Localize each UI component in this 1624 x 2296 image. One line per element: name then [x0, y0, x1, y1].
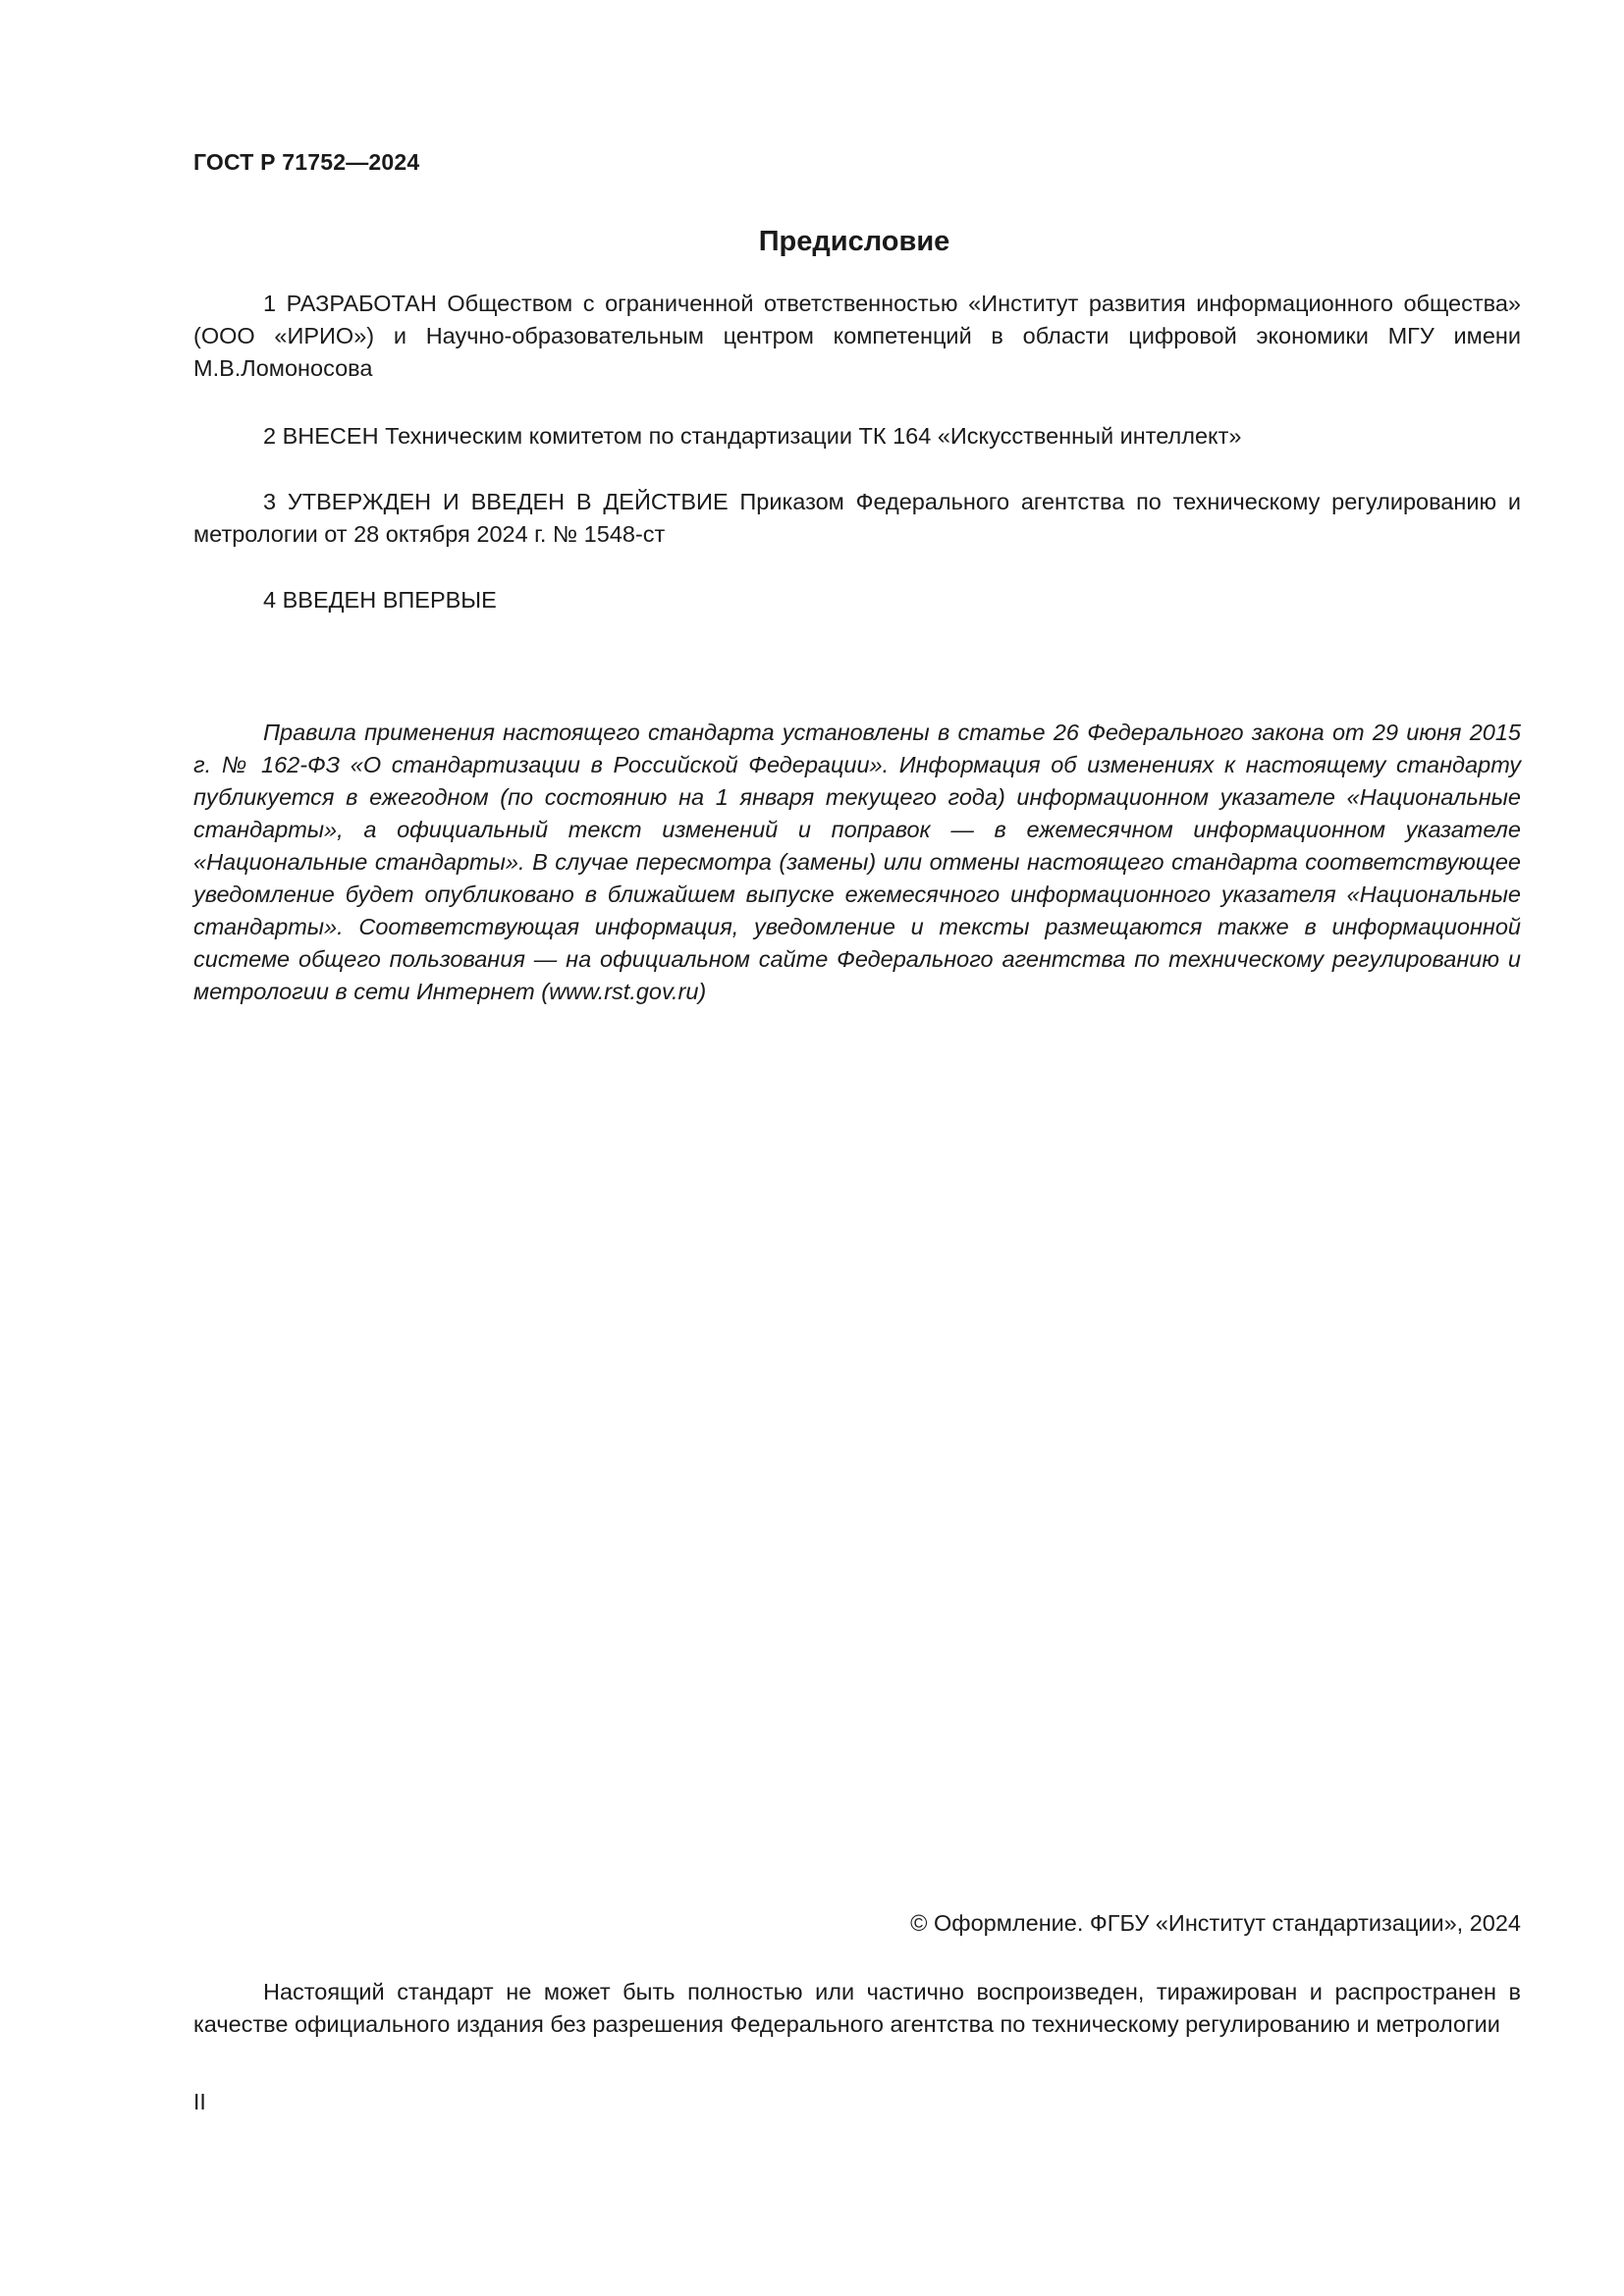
page-number: II [193, 2089, 206, 2115]
foreword-item-4: 4 ВВЕДЕН ВПЕРВЫЕ [193, 584, 1521, 616]
foreword-item-text: 3 УТВЕРЖДЕН И ВВЕДЕН В ДЕЙСТВИЕ Приказом… [193, 486, 1521, 551]
foreword-item-text: 2 ВНЕСЕН Техническим комитетом по станда… [193, 420, 1521, 453]
foreword-item-text: 1 РАЗРАБОТАН Обществом с ограниченной от… [193, 288, 1521, 385]
application-rules-notice: Правила применения настоящего стандарта … [193, 717, 1521, 1008]
foreword-item-2: 2 ВНЕСЕН Техническим комитетом по станда… [193, 420, 1521, 453]
reproduction-notice-text: Настоящий стандарт не может быть полност… [193, 1976, 1521, 2041]
foreword-item-3: 3 УТВЕРЖДЕН И ВВЕДЕН В ДЕЙСТВИЕ Приказом… [193, 486, 1521, 551]
foreword-item-text: 4 ВВЕДЕН ВПЕРВЫЕ [193, 584, 1521, 616]
application-rules-text: Правила применения настоящего стандарта … [193, 717, 1521, 1008]
reproduction-notice: Настоящий стандарт не может быть полност… [193, 1976, 1521, 2041]
section-title: Предисловие [0, 226, 1624, 258]
copyright-line: © Оформление. ФГБУ «Институт стандартиза… [910, 1907, 1521, 1940]
foreword-item-1: 1 РАЗРАБОТАН Обществом с ограниченной от… [193, 288, 1521, 385]
document-page: ГОСТ Р 71752—2024 Предисловие 1 РАЗРАБОТ… [0, 0, 1624, 2296]
document-code-header: ГОСТ Р 71752—2024 [193, 149, 419, 176]
